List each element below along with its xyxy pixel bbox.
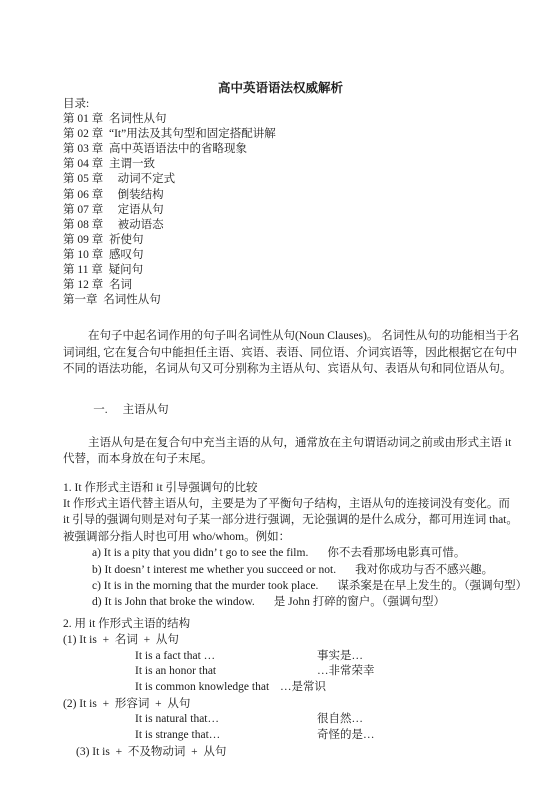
example-english: b) It doesn’ t interest me whether you s… <box>92 562 336 578</box>
paragraph-line: It 作形式主语代替主语从句，主要是为了平衡句子结构，主语从句的连接词没有变化。… <box>63 496 498 512</box>
document-body: 在句子中起名词作用的句子叫名词性从句(Noun Clauses)。 名词性从句的… <box>63 328 498 760</box>
structure-chinese: 很自然… <box>317 712 363 728</box>
structure-english: It is an honor that <box>135 664 317 680</box>
section-number: 一. <box>93 404 107 416</box>
table-of-contents: 目录: 第 01 章 名词性从句 第 02 章 “It”用法及其句型和固定搭配讲… <box>63 97 498 308</box>
spacer <box>63 308 498 328</box>
example-english: d) It is John that broke the window. <box>92 594 255 610</box>
toc-item: 第 02 章 “It”用法及其句型和固定搭配讲解 <box>63 127 498 142</box>
section-title: 主语从句 <box>123 404 169 416</box>
toc-item: 第 05 章 动词不定式 <box>63 172 498 187</box>
toc-heading: 目录: <box>63 97 498 112</box>
example-english: c) It is in the morning that the murder … <box>92 578 318 594</box>
toc-item: 第 07 章 定语从句 <box>63 203 498 218</box>
paragraph-line: 代替，而本身放在句子末尾。 <box>63 451 498 467</box>
example-chinese: 谋杀案是在早上发生的。（强调句型） <box>337 578 527 594</box>
toc-item: 第 09 章 祈使句 <box>63 233 498 248</box>
paragraph-line: it 引导的强调句则是对句子某一部分进行强调，无论强调的是什么成分，都可用连词 … <box>63 512 498 528</box>
structure-chinese: 奇怪的是… <box>317 728 375 744</box>
section-heading: 一.主语从句 <box>63 386 498 435</box>
structure-chinese: 事实是… <box>317 649 363 665</box>
paragraph-line: 被强调部分指人时也可用 who/whom。例如： <box>63 529 498 545</box>
structure-row: It is strange that…奇怪的是… <box>63 728 498 744</box>
toc-item: 第 04 章 主谓一致 <box>63 157 498 172</box>
subsection-heading: 1. It 作形式主语和 it 引导强调句的比较 <box>63 480 498 496</box>
toc-item: 第一章 名词性从句 <box>63 293 498 308</box>
structure-english: It is common knowledge that <box>135 680 280 696</box>
structure-english: It is natural that… <box>135 712 317 728</box>
structure-row: It is natural that…很自然… <box>63 712 498 728</box>
example-line: b) It doesn’ t interest me whether you s… <box>63 562 498 578</box>
structure-row: It is common knowledge that…是常识 <box>63 680 498 696</box>
page-title: 高中英语语法权威解析 <box>63 80 498 97</box>
paragraph-line: 词词组, 它在复合句中能担任主语、宾语、表语、同位语、介词宾语等，因此根据它在句… <box>63 345 498 361</box>
document-page: 高中英语语法权威解析 目录: 第 01 章 名词性从句 第 02 章 “It”用… <box>0 0 560 792</box>
structure-chinese: …是常识 <box>280 680 326 696</box>
toc-item: 第 12 章 名词 <box>63 278 498 293</box>
toc-item: 第 03 章 高中英语语法中的省略现象 <box>63 142 498 157</box>
subsection-heading: 2. 用 it 作形式主语的结构 <box>63 616 498 632</box>
toc-item: 第 08 章 被动语态 <box>63 218 498 233</box>
pattern-heading: (2) It is + 形容词 + 从句 <box>63 696 498 712</box>
spacer <box>63 468 498 480</box>
pattern-heading: (3) It is + 不及物动词 + 从句 <box>63 744 498 760</box>
example-chinese: 我对你成功与否不感兴趣。 <box>355 562 493 578</box>
structure-chinese: …非常荣幸 <box>317 664 375 680</box>
paragraph-line: 不同的语法功能，名词从句又可分别称为主语从句、宾语从句、表语从句和同位语从句。 <box>63 361 498 377</box>
pattern-heading: (1) It is + 名词 + 从句 <box>63 632 498 648</box>
structure-english: It is a fact that … <box>135 649 317 665</box>
toc-item: 第 10 章 感叹句 <box>63 248 498 263</box>
example-line: c) It is in the morning that the murder … <box>63 578 498 594</box>
example-line: a) It is a pity that you didn’ t go to s… <box>63 545 498 561</box>
example-english: a) It is a pity that you didn’ t go to s… <box>92 545 308 561</box>
toc-item: 第 01 章 名词性从句 <box>63 112 498 127</box>
toc-item: 第 06 章 倒装结构 <box>63 188 498 203</box>
structure-row: It is a fact that …事实是… <box>63 649 498 665</box>
toc-item: 第 11 章 疑问句 <box>63 263 498 278</box>
paragraph-line: 主语从句是在复合句中充当主语的从句，通常放在主句谓语动词之前或由形式主语 it <box>63 435 498 451</box>
structure-row: It is an honor that…非常荣幸 <box>63 664 498 680</box>
example-line: d) It is John that broke the window.是 Jo… <box>63 594 498 610</box>
paragraph-line: 在句子中起名词作用的句子叫名词性从句(Noun Clauses)。 名词性从句的… <box>63 328 498 344</box>
example-chinese: 你不去看那场电影真可惜。 <box>327 545 465 561</box>
structure-english: It is strange that… <box>135 728 317 744</box>
example-chinese: 是 John 打碎的窗户。（强调句型） <box>274 594 445 610</box>
spacer <box>63 378 498 386</box>
